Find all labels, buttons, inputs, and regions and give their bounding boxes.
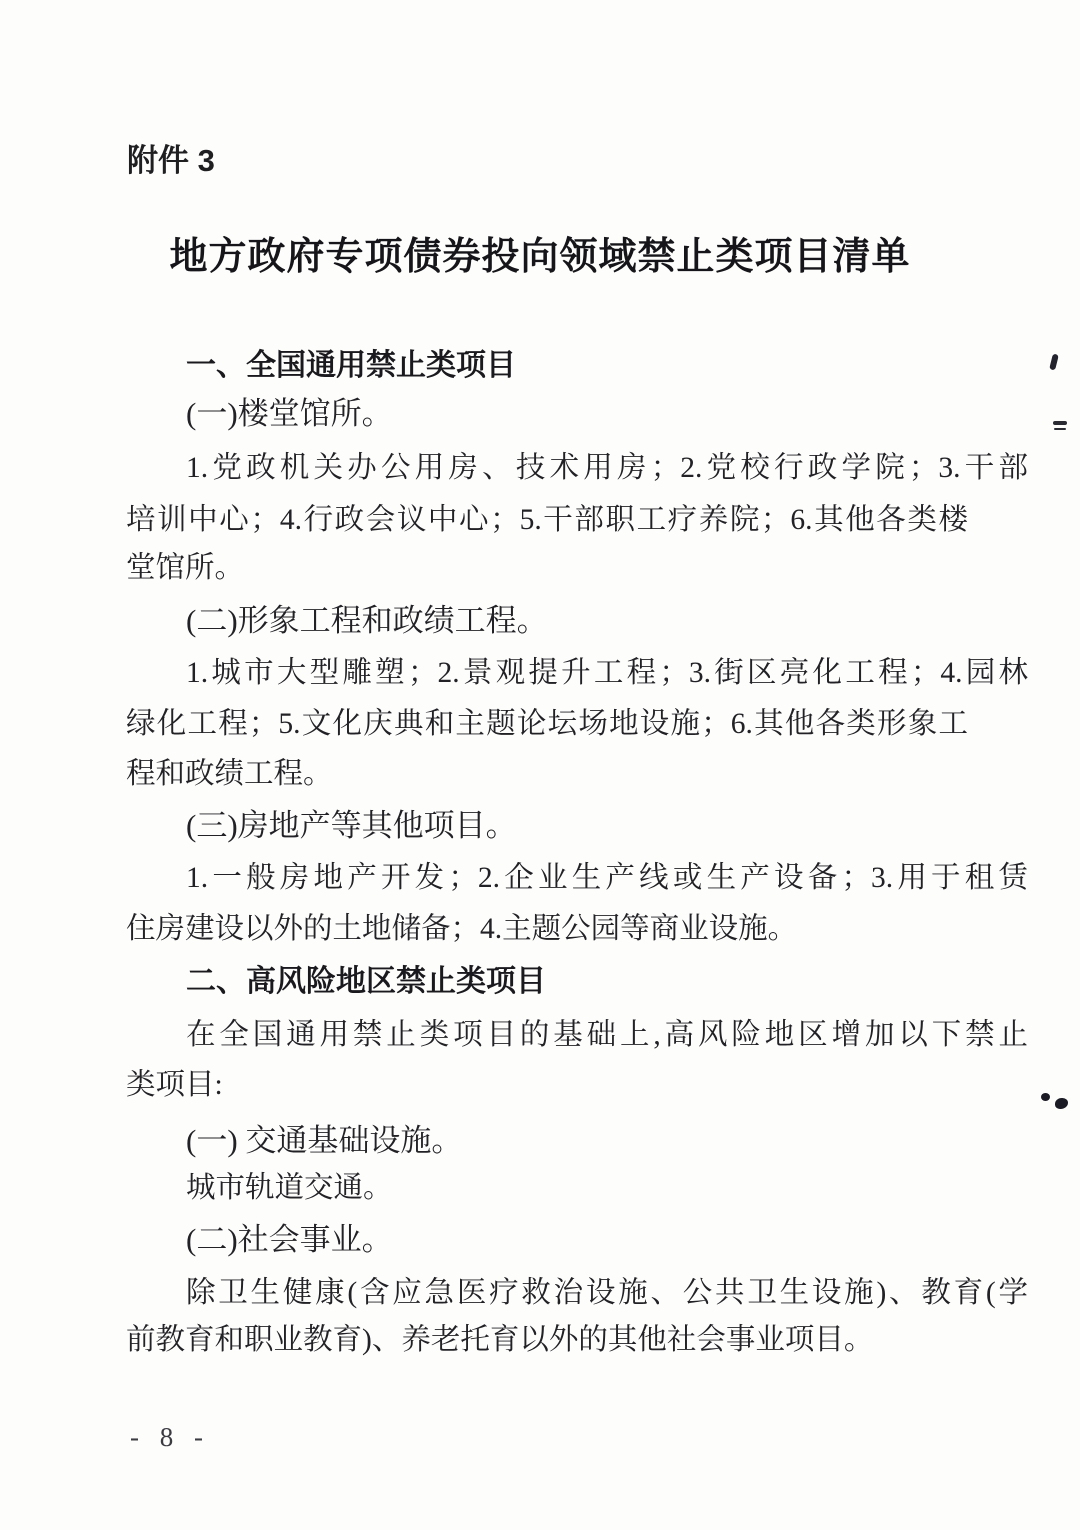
scan-artifact-ink-blot — [1055, 1098, 1068, 1109]
sub-heading-1-1: (一)楼堂馆所。 — [126, 394, 1028, 434]
body-line: 住房建设以外的土地储备；4.主题公园等商业设施。 — [126, 909, 968, 949]
body-line: 堂馆所。 — [126, 548, 968, 588]
page-number: - 8 - — [130, 1420, 210, 1454]
sub-heading-1-3: (三)房地产等其他项目。 — [126, 806, 1028, 846]
sub-heading-2-2: (二)社会事业。 — [126, 1220, 1028, 1260]
sub-heading-2-1: (一) 交通基础设施。 — [126, 1121, 1028, 1161]
document-title: 地方政府专项债券投向领域禁止类项目清单 — [0, 234, 1080, 280]
body-line: 培训中心；4.行政会议中心；5.干部职工疗养院；6.其他各类楼 — [126, 500, 968, 540]
body-line: 程和政绩工程。 — [126, 754, 968, 794]
body-line: 绿化工程；5.文化庆典和主题论坛场地设施；6.其他各类形象工 — [126, 704, 968, 744]
scanned-document-page: 附件 3 地方政府专项债券投向领域禁止类项目清单 一、全国通用禁止类项目 (一)… — [0, 0, 1080, 1530]
attachment-label: 附件 3 — [127, 141, 215, 181]
body-line: 1.一般房地产开发；2.企业生产线或生产设备；3.用于租赁 — [126, 858, 1028, 898]
body-line: 1.党政机关办公用房、技术用房；2.党校行政学院；3.干部 — [126, 448, 1028, 488]
body-line: 类项目: — [126, 1065, 968, 1105]
body-line: 城市轨道交通。 — [126, 1168, 1028, 1208]
body-line: 除卫生健康(含应急医疗救治设施、公共卫生设施)、教育(学 — [126, 1273, 1028, 1313]
sub-heading-1-2: (二)形象工程和政绩工程。 — [126, 601, 1028, 641]
section-2-heading: 二、高风险地区禁止类项目 — [126, 962, 1028, 1002]
scan-artifact-tick — [1049, 354, 1059, 371]
body-line: 前教育和职业教育)、养老托育以外的其他社会事业项目。 — [126, 1320, 968, 1360]
body-line: 1.城市大型雕塑；2.景观提升工程；3.街区亮化工程；4.园林 — [126, 653, 1028, 693]
scan-artifact-dash — [1053, 421, 1067, 425]
section-1-heading: 一、全国通用禁止类项目 — [126, 346, 1028, 386]
body-line: 在全国通用禁止类项目的基础上,高风险地区增加以下禁止 — [126, 1015, 1028, 1055]
